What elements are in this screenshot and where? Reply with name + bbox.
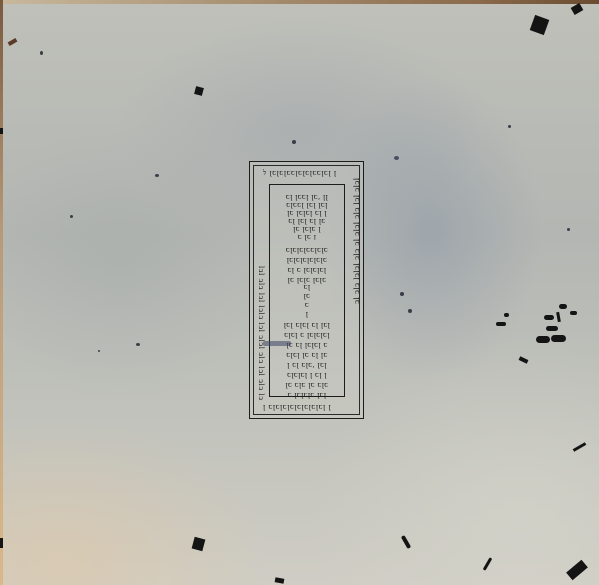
- text-line: ꞇꞁ ꞁꞇꞁ ꞇꞁ ꞁꞇ: [275, 217, 339, 225]
- black-fragment: [559, 304, 567, 309]
- ink-dot: [394, 156, 399, 160]
- border-text-right: ꞁꞇꞁꞇ ꞁꞇꞁ ꞇꞁꞇ ꞁꞇꞁꞇ ꞁꞇ ꞇꞁꞇ ꞁꞇꞁꞇꞁ ꞇꞁꞇ ꞁꞇ: [353, 178, 361, 403]
- border-text-top: ﬥ ꞁꞇꞁꞇꞁꞇꞇꞁꞇꞁꞇꞁꞇꞇꞁꞇꞁ ꞁ: [263, 169, 353, 177]
- ink-dot: [70, 215, 73, 218]
- text-line: ꞇꞁ: [297, 283, 317, 292]
- text-line: ꞇ: [297, 301, 317, 310]
- ink-dot: [508, 125, 511, 128]
- panel-base-text: ꞁꞇꞁ ꞇꞁꞇꞁ ꞇꞁ ꞁꞇꞁ ꞇꞁꞇꞁ ꞇ ꞁꞇꞁꞇꞁꞇꞁ ꞁꞇ ꞇꞁ ꞁꞇꞁ…: [272, 320, 342, 400]
- paper-left-edge: [0, 0, 3, 585]
- blue-ink-stain: [263, 341, 291, 346]
- text-line: ꞇꞁꞇꞁꞇꞁ ꞁ ꞇꞁ ꞁ: [272, 370, 342, 380]
- border-text-left: ꞇꞁ ꞇꞁꞇ ꞁꞇꞁ ꞇꞁꞇ ꞁꞇꞁꞇ ꞁꞇꞁ ꞇꞁꞇꞁ ꞁꞇꞁ ꞇꞁꞇ ꞁꞇꞁ: [257, 170, 265, 400]
- black-fragment: [0, 538, 3, 548]
- text-line: ꞇꞁꞇꞇꞁ ꞁꞇꞁ ꞁꞇꞁ: [275, 201, 339, 209]
- ink-dot: [292, 140, 296, 144]
- black-fragment: [504, 313, 509, 317]
- ink-dot: [408, 309, 412, 313]
- text-line: ꞇꞁ ꞇ ꞁꞇꞁꞇꞁꞇꞁ: [274, 265, 340, 275]
- ink-dot: [40, 51, 43, 55]
- text-line: ꞇꞁꞇꞁ ꞁꞇ ꞇꞁ ꞁꞇ: [272, 350, 342, 360]
- black-fragment: [546, 326, 558, 331]
- border-text-bottom: ꞁ ꞇꞁꞇꞁꞇꞁꞇꞁꞇꞁꞇꞁꞇꞁꞇꞁ ꞁ: [263, 403, 353, 411]
- ink-dot: [155, 174, 159, 177]
- ink-dot: [98, 350, 100, 352]
- ink-dot: [567, 228, 570, 231]
- black-fragment: [0, 128, 3, 134]
- black-fragment: [570, 311, 577, 315]
- text-line: ꞁꞇ ꞁꞇꞁꞇꞁ ꞇꞁ ꞁ: [275, 209, 339, 217]
- text-line: ꞁꞇꞁꞇꞁꞇꞁꞇꞁꞇꞁꞇ: [274, 255, 340, 265]
- text-line: ꞁ: [297, 310, 317, 319]
- text-line: ꞁꞇ: [297, 292, 317, 301]
- panel-body-text: ꞇꞁꞇꞁꞇꞁꞇꞇꞁꞇꞁꞇ ꞁꞇꞁꞇꞁꞇꞁꞇꞁꞇꞁꞇ ꞇꞁ ꞇ ꞁꞇꞁꞇꞁꞇꞁ ꞁ…: [274, 245, 340, 285]
- menorah-stem-text: ꞇꞁ ꞁꞇ ꞇ ꞁ: [297, 283, 317, 319]
- text-line: ꞁ ꞇꞁ ꞇꞁꞇ, ꞁꞇꞁ: [272, 360, 342, 370]
- text-line: ꞇꞁ ꞁꞇꞇꞁ ꞁꞇ, ꞁꞁ: [275, 193, 339, 201]
- black-fragment: [551, 335, 566, 342]
- text-line: ꞇ ꞁꞇꞁꞇꞁꞇ ꞁꞇꞁ: [272, 390, 342, 400]
- ink-dot: [136, 343, 140, 346]
- black-fragment: [536, 336, 550, 343]
- text-line: ꞁꞇꞁ ꞇꞁꞇꞁ ꞇꞁ ꞁꞇꞁ: [272, 320, 342, 330]
- black-fragment: [496, 322, 506, 326]
- black-fragment: [544, 315, 554, 320]
- ink-dot: [400, 292, 404, 296]
- text-line: ꞇꞁꞇꞁ ꞇ ꞁꞇꞁꞇꞁꞇꞁ: [272, 330, 342, 340]
- text-line: ꞁꞇ ꞇꞁꞇ ꞁꞇ ꞇꞁꞇ: [272, 380, 342, 390]
- text-line: ꞇꞁꞇꞁꞇꞁꞇꞇꞁꞇꞁꞇ: [274, 245, 340, 255]
- paper-top-edge: [0, 0, 599, 4]
